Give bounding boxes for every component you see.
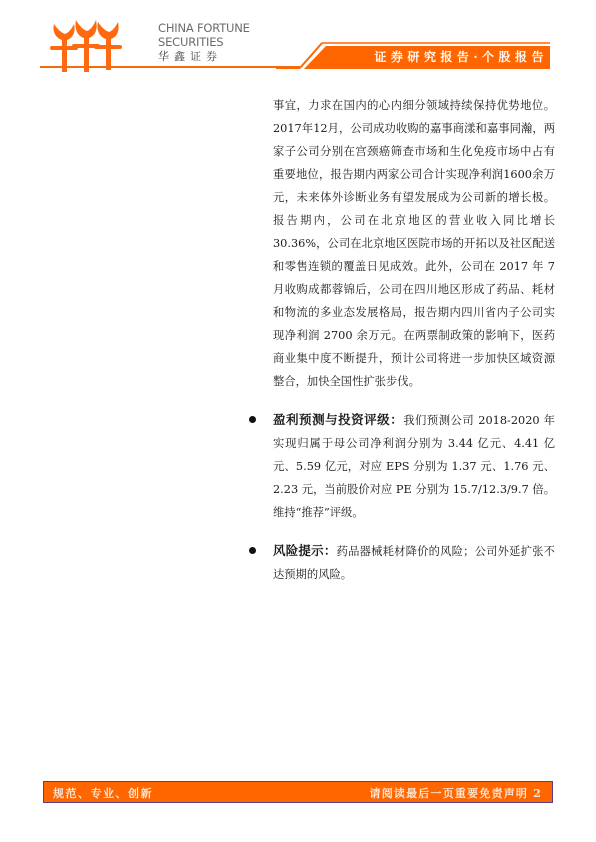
header-divider: [40, 66, 300, 68]
bullet-dot-icon: [249, 547, 256, 554]
bullet-earnings-forecast: 盈利预测与投资评级：我们预测公司 2018-2020 年实现归属于母公司净利润分…: [273, 408, 555, 524]
bullet-title: 风险提示：: [273, 543, 337, 558]
company-logo: CHINA FORTUNE SECURITIES 华鑫证券: [40, 12, 270, 68]
bullet-title: 盈利预测与投资评级：: [273, 412, 403, 427]
report-type-label: 证券研究报告·个股报告: [374, 48, 548, 65]
footer-motto: 规范、专业、创新: [53, 785, 153, 801]
logo-text: CHINA FORTUNE SECURITIES 华鑫证券: [158, 21, 250, 64]
page-number: 2: [533, 787, 542, 800]
footer-bar: 规范、专业、创新 请阅读最后一页重要免责声明 2: [43, 781, 553, 803]
company-name-cn: 华鑫证券: [158, 49, 250, 64]
bullet-risk-warning: 风险提示：药品器械耗材降价的风险；公司外延扩张不达预期的风险。: [273, 539, 555, 586]
company-name-en-2: SECURITIES: [158, 35, 250, 49]
bullet-dot-icon: [249, 416, 256, 423]
disclaimer-text: 请阅读最后一页重要免责声明: [370, 787, 529, 800]
report-body: 事宜，力求在国内的心内细分领域持续保持优势地位。2017年12月，公司成功收购的…: [273, 94, 555, 586]
company-name-en-1: CHINA FORTUNE: [158, 21, 250, 35]
footer-disclaimer: 请阅读最后一页重要免责声明 2: [370, 785, 543, 801]
body-paragraph: 事宜，力求在国内的心内细分领域持续保持优势地位。2017年12月，公司成功收购的…: [273, 94, 555, 393]
bullet-text: 我们预测公司 2018-2020 年实现归属于母公司净利润分别为 3.44 亿元…: [273, 414, 555, 519]
